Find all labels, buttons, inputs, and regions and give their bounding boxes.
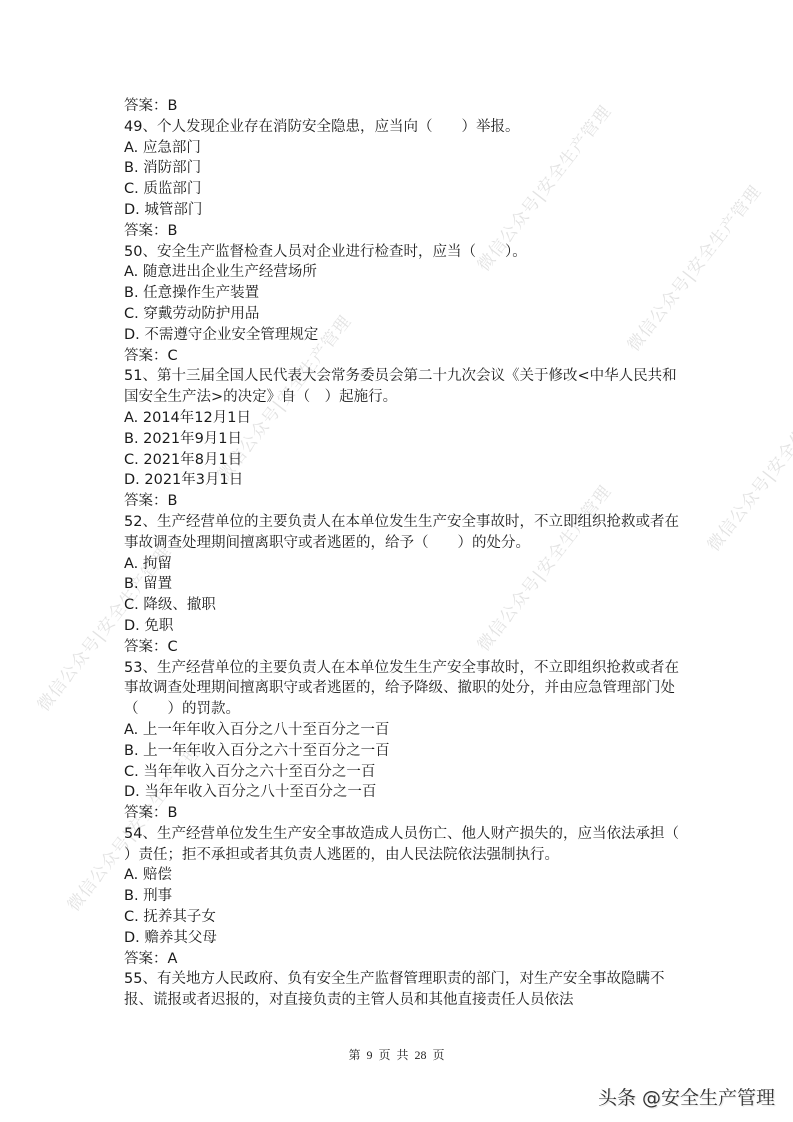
option-a: A. 赔偿 bbox=[124, 865, 684, 886]
option-c: C. 质监部门 bbox=[124, 179, 684, 200]
option-b: B. 上一年年收入百分之六十至百分之一百 bbox=[124, 741, 684, 762]
answer-line: 答案：B bbox=[124, 803, 684, 824]
answer-line: 答案：A bbox=[124, 949, 684, 970]
option-d: D. 2021年3月1日 bbox=[124, 470, 684, 491]
brand-watermark: 头条 @安全生产管理 bbox=[598, 1083, 775, 1110]
option-d: D. 赡养其父母 bbox=[124, 928, 684, 949]
question-block: 54、生产经营单位发生生产安全事故造成人员伤亡、他人财产损失的，应当依法承担（ … bbox=[124, 824, 684, 970]
option-b: B. 消防部门 bbox=[124, 158, 684, 179]
page-indicator: 第 9 页 共 28 页 bbox=[0, 1046, 793, 1063]
option-a: A. 拘留 bbox=[124, 554, 684, 575]
option-b: B. 刑事 bbox=[124, 886, 684, 907]
question-block: 53、生产经营单位的主要负责人在本单位发生生产安全事故时，不立即组织抢救或者在事… bbox=[124, 658, 684, 824]
option-a: A. 2014年12月1日 bbox=[124, 408, 684, 429]
option-d: D. 当年年收入百分之八十至百分之一百 bbox=[124, 782, 684, 803]
question-stem: 54、生产经营单位发生生产安全事故造成人员伤亡、他人财产损失的，应当依法承担（ … bbox=[124, 824, 684, 866]
answer-line: 答案：B bbox=[124, 221, 684, 242]
answer-line: 答案：B bbox=[124, 96, 684, 117]
answer-line: 答案：C bbox=[124, 346, 684, 367]
option-b: B. 任意操作生产装置 bbox=[124, 283, 684, 304]
question-block: 50、安全生产监督检查人员对企业进行检查时，应当（ ）。 A. 随意进出企业生产… bbox=[124, 242, 684, 367]
question-block: 52、生产经营单位的主要负责人在本单位发生生产安全事故时，不立即组织抢救或者在事… bbox=[124, 512, 684, 658]
answer-line: 答案：B bbox=[124, 491, 684, 512]
question-list: 答案：B 49、个人发现企业存在消防安全隐患，应当向（ ）举报。 A. 应急部门… bbox=[124, 96, 684, 1011]
option-b: B. 2021年9月1日 bbox=[124, 429, 684, 450]
question-stem: 55、有关地方人民政府、负有安全生产监督管理职责的部门，对生产安全事故隐瞒不报、… bbox=[124, 969, 684, 1011]
question-stem: 53、生产经营单位的主要负责人在本单位发生生产安全事故时，不立即组织抢救或者在事… bbox=[124, 658, 684, 720]
option-a: A. 应急部门 bbox=[124, 138, 684, 159]
option-c: C. 降级、撤职 bbox=[124, 595, 684, 616]
option-c: C. 当年年收入百分之六十至百分之一百 bbox=[124, 762, 684, 783]
answer-line: 答案：C bbox=[124, 637, 684, 658]
question-stem: 50、安全生产监督检查人员对企业进行检查时，应当（ ）。 bbox=[124, 242, 684, 263]
question-stem: 52、生产经营单位的主要负责人在本单位发生生产安全事故时，不立即组织抢救或者在事… bbox=[124, 512, 684, 554]
question-stem: 49、个人发现企业存在消防安全隐患，应当向（ ）举报。 bbox=[124, 117, 684, 138]
question-block: 49、个人发现企业存在消防安全隐患，应当向（ ）举报。 A. 应急部门 B. 消… bbox=[124, 117, 684, 242]
question-stem: 51、第十三届全国人民代表大会常务委员会第二十九次会议《关于修改<中华人民共和国… bbox=[124, 366, 684, 408]
question-block: 51、第十三届全国人民代表大会常务委员会第二十九次会议《关于修改<中华人民共和国… bbox=[124, 366, 684, 512]
question-block: 55、有关地方人民政府、负有安全生产监督管理职责的部门，对生产安全事故隐瞒不报、… bbox=[124, 969, 684, 1011]
option-c: C. 穿戴劳动防护用品 bbox=[124, 304, 684, 325]
option-a: A. 随意进出企业生产经营场所 bbox=[124, 262, 684, 283]
option-d: D. 不需遵守企业安全管理规定 bbox=[124, 325, 684, 346]
document-page: 微信公众号|安全生产管理 微信公众号|安全生产管理 微信公众号|安全生产管理 微… bbox=[0, 0, 793, 1122]
watermark-text: 微信公众号|安全生产管理 bbox=[700, 379, 793, 556]
option-d: D. 免职 bbox=[124, 616, 684, 637]
option-c: C. 2021年8月1日 bbox=[124, 450, 684, 471]
option-c: C. 抚养其子女 bbox=[124, 907, 684, 928]
option-d: D. 城管部门 bbox=[124, 200, 684, 221]
option-b: B. 留置 bbox=[124, 574, 684, 595]
option-a: A. 上一年年收入百分之八十至百分之一百 bbox=[124, 720, 684, 741]
